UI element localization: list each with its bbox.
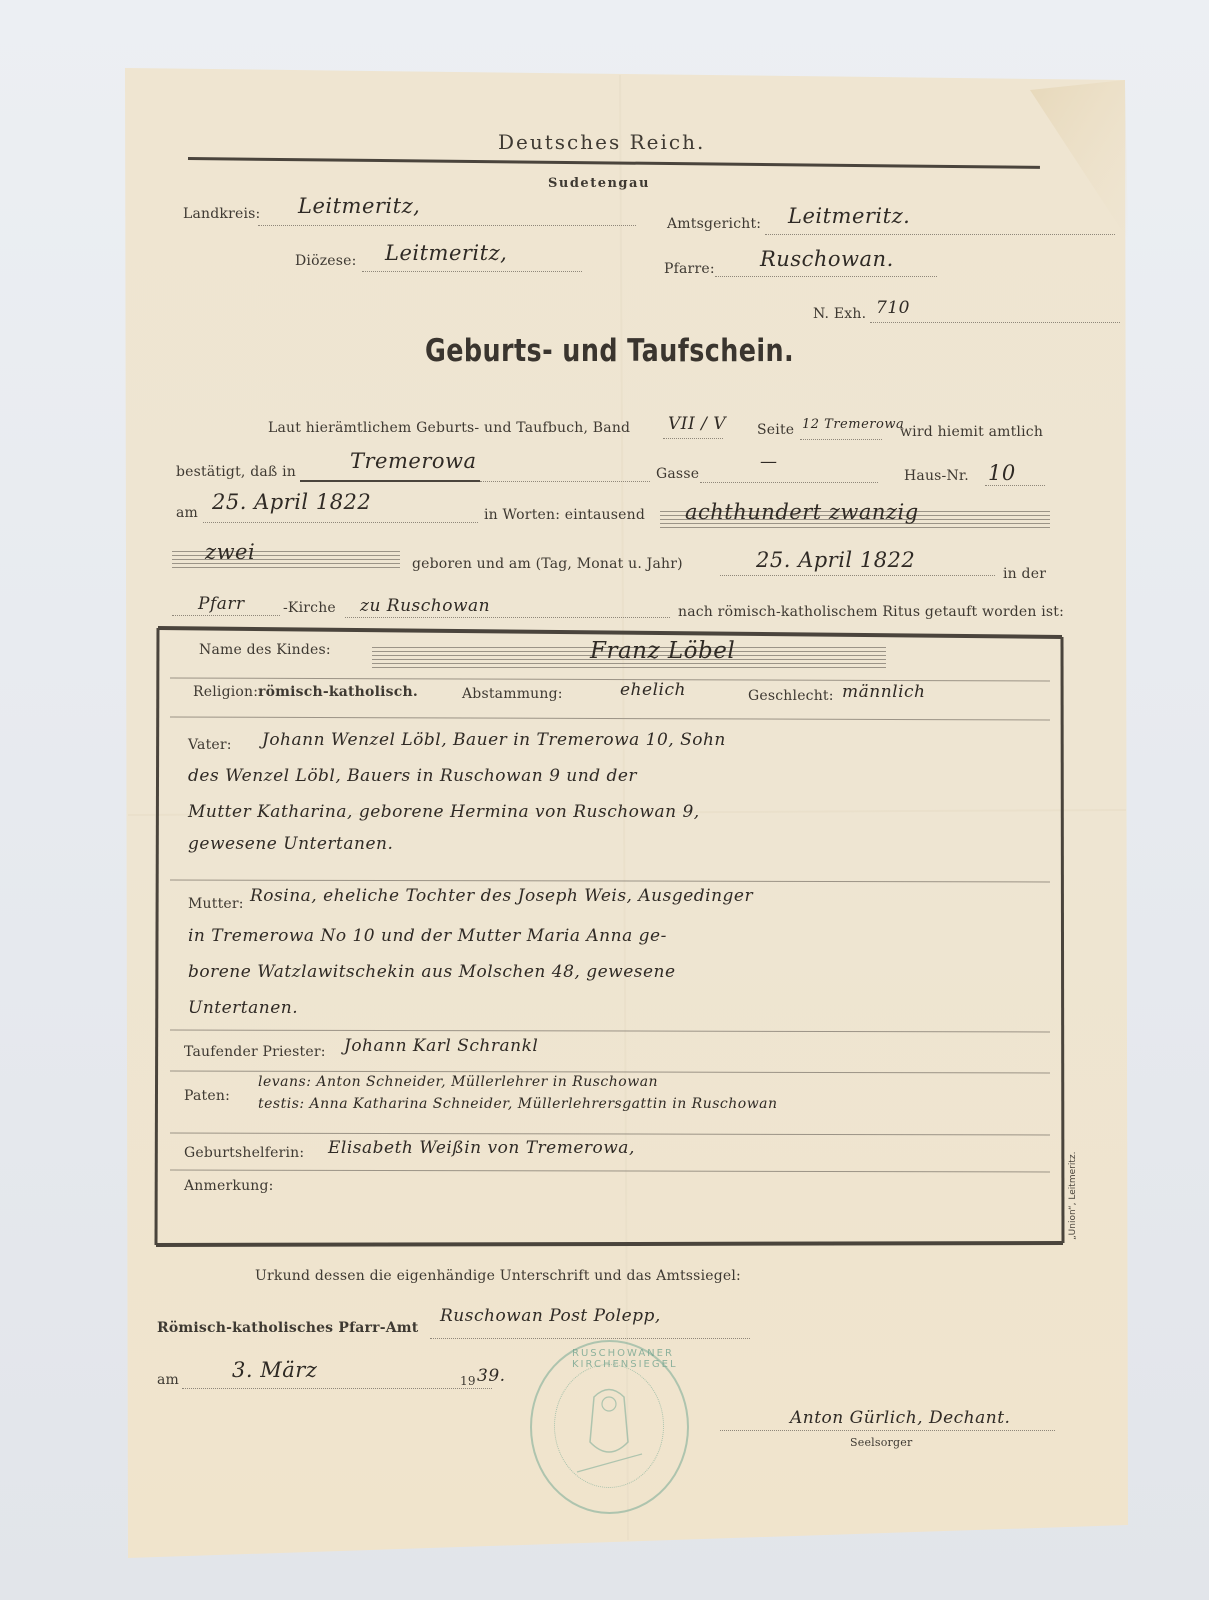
- mutter-line-2: in Tremerowa No 10 und der Mutter Maria …: [188, 926, 667, 946]
- signature-role: Seelsorger: [850, 1436, 912, 1449]
- child-name-value: Franz Löbel: [590, 638, 735, 664]
- anmerkung-label: Anmerkung:: [184, 1178, 274, 1194]
- mutter-line-3: borene Watzlawitschekin aus Molschen 48,…: [188, 962, 676, 982]
- attestation-text: Urkund dessen die eigenhändige Unterschr…: [255, 1268, 741, 1284]
- year-suffix: 39.: [477, 1366, 506, 1386]
- printer-mark: „Union“, Leitmeritz.: [1068, 1152, 1078, 1240]
- priester-label: Taufender Priester:: [184, 1044, 326, 1060]
- paten-label: Paten:: [184, 1088, 230, 1104]
- hebamme-label: Geburtshelferin:: [184, 1145, 304, 1161]
- mutter-line-1: Rosina, eheliche Tochter des Joseph Weis…: [250, 886, 753, 906]
- issue-date-value: 3. März: [232, 1358, 317, 1382]
- mutter-label: Mutter:: [188, 896, 244, 912]
- year-prefix: 19: [460, 1374, 476, 1388]
- parish-seal: RUSCHOWANER KIRCHENSIEGEL: [530, 1340, 689, 1514]
- am-label: am: [157, 1372, 179, 1388]
- vater-line-1: Johann Wenzel Löbl, Bauer in Tremerowa 1…: [262, 730, 726, 750]
- name-label: Name des Kindes:: [199, 642, 331, 658]
- seal-text: RUSCHOWANER KIRCHENSIEGEL: [572, 1348, 687, 1370]
- vater-line-4: gewesene Untertanen.: [188, 834, 393, 854]
- vater-line-2: des Wenzel Löbl, Bauers in Ruschowan 9 u…: [188, 766, 637, 786]
- paten-line-2: testis: Anna Katharina Schneider, Müller…: [258, 1096, 778, 1112]
- geschlecht-value: männlich: [842, 682, 926, 702]
- priester-value: Johann Karl Schrankl: [344, 1036, 538, 1056]
- pfarramt-dotline: [430, 1338, 750, 1339]
- abstammung-label: Abstammung:: [462, 686, 563, 702]
- mutter-line-4: Untertanen.: [188, 998, 298, 1018]
- signature-dotline: [720, 1430, 1055, 1431]
- abstammung-value: ehelich: [620, 680, 686, 700]
- religion-label: Religion:: [193, 684, 258, 700]
- geschlecht-label: Geschlecht:: [748, 688, 834, 704]
- pfarramt-value: Ruschowan Post Polepp,: [440, 1306, 661, 1326]
- hebamme-value: Elisabeth Weißin von Tremerowa,: [328, 1138, 635, 1158]
- issue-date-dotline: [182, 1388, 492, 1389]
- vater-label: Vater:: [188, 737, 232, 753]
- vater-line-3: Mutter Katharina, geborene Hermina von R…: [188, 802, 700, 822]
- religion-value: römisch-katholisch.: [258, 684, 418, 700]
- pfarramt-label: Römisch-katholisches Pfarr-Amt: [157, 1320, 418, 1336]
- document-photo: Deutsches Reich. Sudetengau Landkreis: L…: [0, 0, 1209, 1600]
- paten-line-1: levans: Anton Schneider, Müllerlehrer in…: [258, 1074, 658, 1090]
- signature-value: Anton Gürlich, Dechant.: [790, 1408, 1010, 1428]
